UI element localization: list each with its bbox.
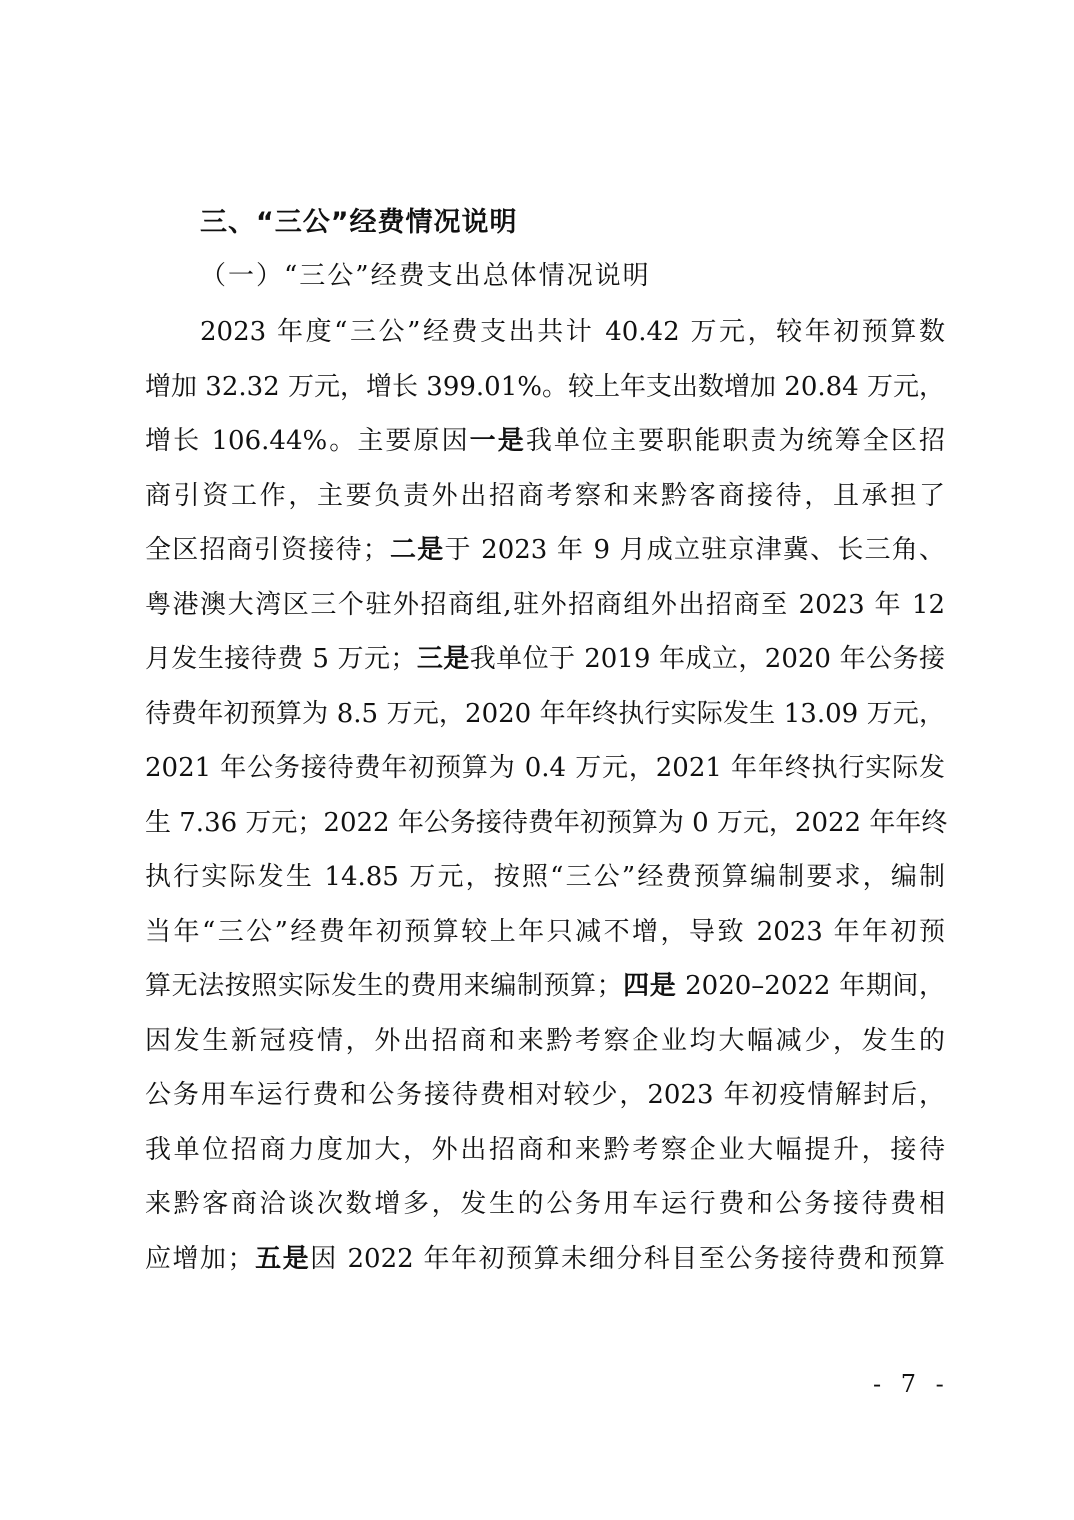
subsection-heading: （一）“三公”经费支出总体情况说明	[200, 255, 651, 292]
paragraph-line: 算无法按照实际发生的费用来编制预算；四是 2020–2022 年期间，	[145, 965, 945, 1020]
line-text: 于 2023 年 9 月成立驻京津冀、长三角、	[444, 535, 945, 565]
line-text: 当年“三公”经费年初预算较上年只减不增，导致 2023 年年初预	[145, 917, 945, 947]
line-text: 2023 年度“三公”经费支出共计 40.42 万元，较年初预算数	[200, 317, 945, 347]
paragraph-line: 来黔客商洽谈次数增多，发生的公务用车运行费和公务接待费相	[145, 1183, 945, 1238]
line-text: 全区招商引资接待；	[145, 535, 389, 565]
line-text: 商引资工作，主要负责外出招商考察和来黔客商接待，且承担了	[145, 481, 945, 511]
paragraph-line: 2021 年公务接待费年初预算为 0.4 万元，2021 年年终执行实际发	[145, 747, 945, 802]
line-text: 执行实际发生 14.85 万元，按照“三公”经费预算编制要求，编制	[145, 862, 945, 892]
paragraph-line: 当年“三公”经费年初预算较上年只减不增，导致 2023 年年初预	[145, 911, 945, 966]
paragraph-line: 待费年初预算为 8.5 万元，2020 年年终执行实际发生 13.09 万元，	[145, 693, 945, 748]
document-page: 三、“三公”经费情况说明 （一）“三公”经费支出总体情况说明 2023 年度“三…	[0, 0, 1074, 1520]
paragraph-line: 因发生新冠疫情，外出招商和来黔考察企业均大幅减少，发生的	[145, 1020, 945, 1075]
section-heading: 三、“三公”经费情况说明	[200, 200, 518, 239]
line-text: 我单位主要职能职责为统筹全区招	[526, 426, 945, 456]
page-number: - 7 -	[873, 1370, 950, 1398]
line-text: 我单位招商力度加大，外出招商和来黔考察企业大幅提升，接待	[145, 1135, 945, 1165]
line-text: 因 2022 年年初预算未细分科目至公务接待费和预算	[310, 1244, 945, 1274]
paragraph-line: 2023 年度“三公”经费支出共计 40.42 万元，较年初预算数	[145, 311, 945, 366]
paragraph-line: 商引资工作，主要负责外出招商考察和来黔客商接待，且承担了	[145, 475, 945, 530]
emphasis-text: 一是	[470, 426, 526, 456]
line-text: 增加 32.32 万元，增长 399.01%。较上年支出数增加 20.84 万元…	[145, 372, 945, 402]
line-text: 算无法按照实际发生的费用来编制预算；	[145, 971, 623, 1001]
paragraph-line: 我单位招商力度加大，外出招商和来黔考察企业大幅提升，接待	[145, 1129, 945, 1184]
line-text: 待费年初预算为 8.5 万元，2020 年年终执行实际发生 13.09 万元，	[145, 699, 945, 729]
emphasis-text: 五是	[254, 1244, 311, 1274]
paragraph-line: 增长 106.44%。主要原因一是我单位主要职能职责为统筹全区招	[145, 420, 945, 475]
emphasis-text: 四是	[623, 971, 677, 1001]
emphasis-text: 二是	[389, 535, 445, 565]
paragraph-line: 公务用车运行费和公务接待费相对较少，2023 年初疫情解封后，	[145, 1074, 945, 1129]
line-text: 应增加；	[145, 1244, 254, 1274]
line-text: 月发生接待费 5 万元；	[145, 644, 416, 674]
line-text: 公务用车运行费和公务接待费相对较少，2023 年初疫情解封后，	[145, 1080, 945, 1110]
paragraph-line: 生 7.36 万元；2022 年公务接待费年初预算为 0 万元，2022 年年终	[145, 802, 945, 857]
paragraph-line: 月发生接待费 5 万元；三是我单位于 2019 年成立，2020 年公务接	[145, 638, 945, 693]
paragraph-line: 粤港澳大湾区三个驻外招商组,驻外招商组外出招商至 2023 年 12	[145, 584, 945, 639]
line-text: 因发生新冠疫情，外出招商和来黔考察企业均大幅减少，发生的	[145, 1026, 945, 1056]
paragraph-line: 应增加；五是因 2022 年年初预算未细分科目至公务接待费和预算	[145, 1238, 945, 1293]
emphasis-text: 三是	[416, 644, 469, 674]
paragraph-line: 全区招商引资接待；二是于 2023 年 9 月成立驻京津冀、长三角、	[145, 529, 945, 584]
line-text: 来黔客商洽谈次数增多，发生的公务用车运行费和公务接待费相	[145, 1189, 945, 1219]
paragraph-line: 增加 32.32 万元，增长 399.01%。较上年支出数增加 20.84 万元…	[145, 366, 945, 421]
line-text: 增长 106.44%。主要原因	[145, 426, 470, 456]
line-text: 2021 年公务接待费年初预算为 0.4 万元，2021 年年终执行实际发	[145, 753, 945, 783]
line-text: 我单位于 2019 年成立，2020 年公务接	[470, 644, 945, 674]
line-text: 粤港澳大湾区三个驻外招商组,驻外招商组外出招商至 2023 年 12	[145, 590, 945, 620]
line-text: 生 7.36 万元；2022 年公务接待费年初预算为 0 万元，2022 年年终	[145, 808, 947, 838]
paragraph-line: 执行实际发生 14.85 万元，按照“三公”经费预算编制要求，编制	[145, 856, 945, 911]
line-text: 2020–2022 年期间，	[676, 971, 945, 1001]
body-paragraph: 2023 年度“三公”经费支出共计 40.42 万元，较年初预算数增加 32.3…	[145, 311, 945, 1292]
